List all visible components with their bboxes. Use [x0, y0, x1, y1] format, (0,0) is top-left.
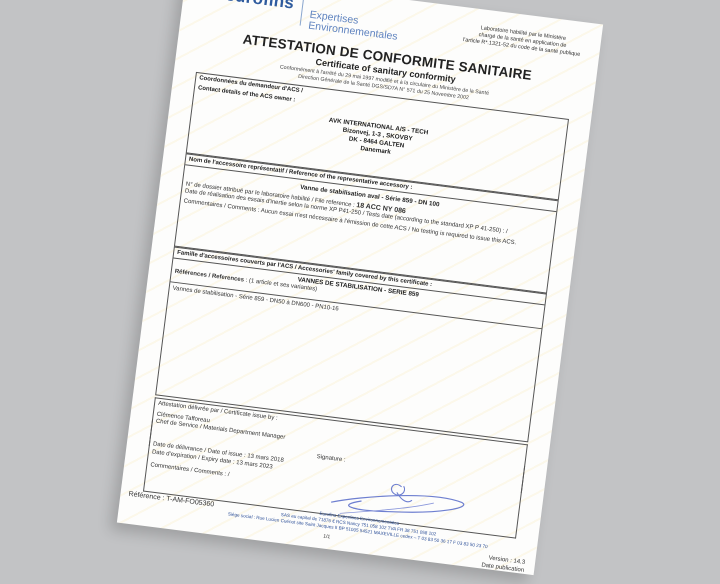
lab-accreditation-note: Laboratoire habilité par le Ministère ch…	[462, 23, 584, 59]
brand-name: eurofins	[225, 0, 296, 14]
division-name: Expertises Environnementales	[308, 10, 400, 43]
version-info: Version : 14.3 Date publication	[481, 554, 526, 575]
tests-date-value: /	[506, 229, 508, 235]
certificate-page: eurofins Expertises Environnementales La…	[117, 0, 603, 575]
logo-divider	[299, 0, 304, 26]
